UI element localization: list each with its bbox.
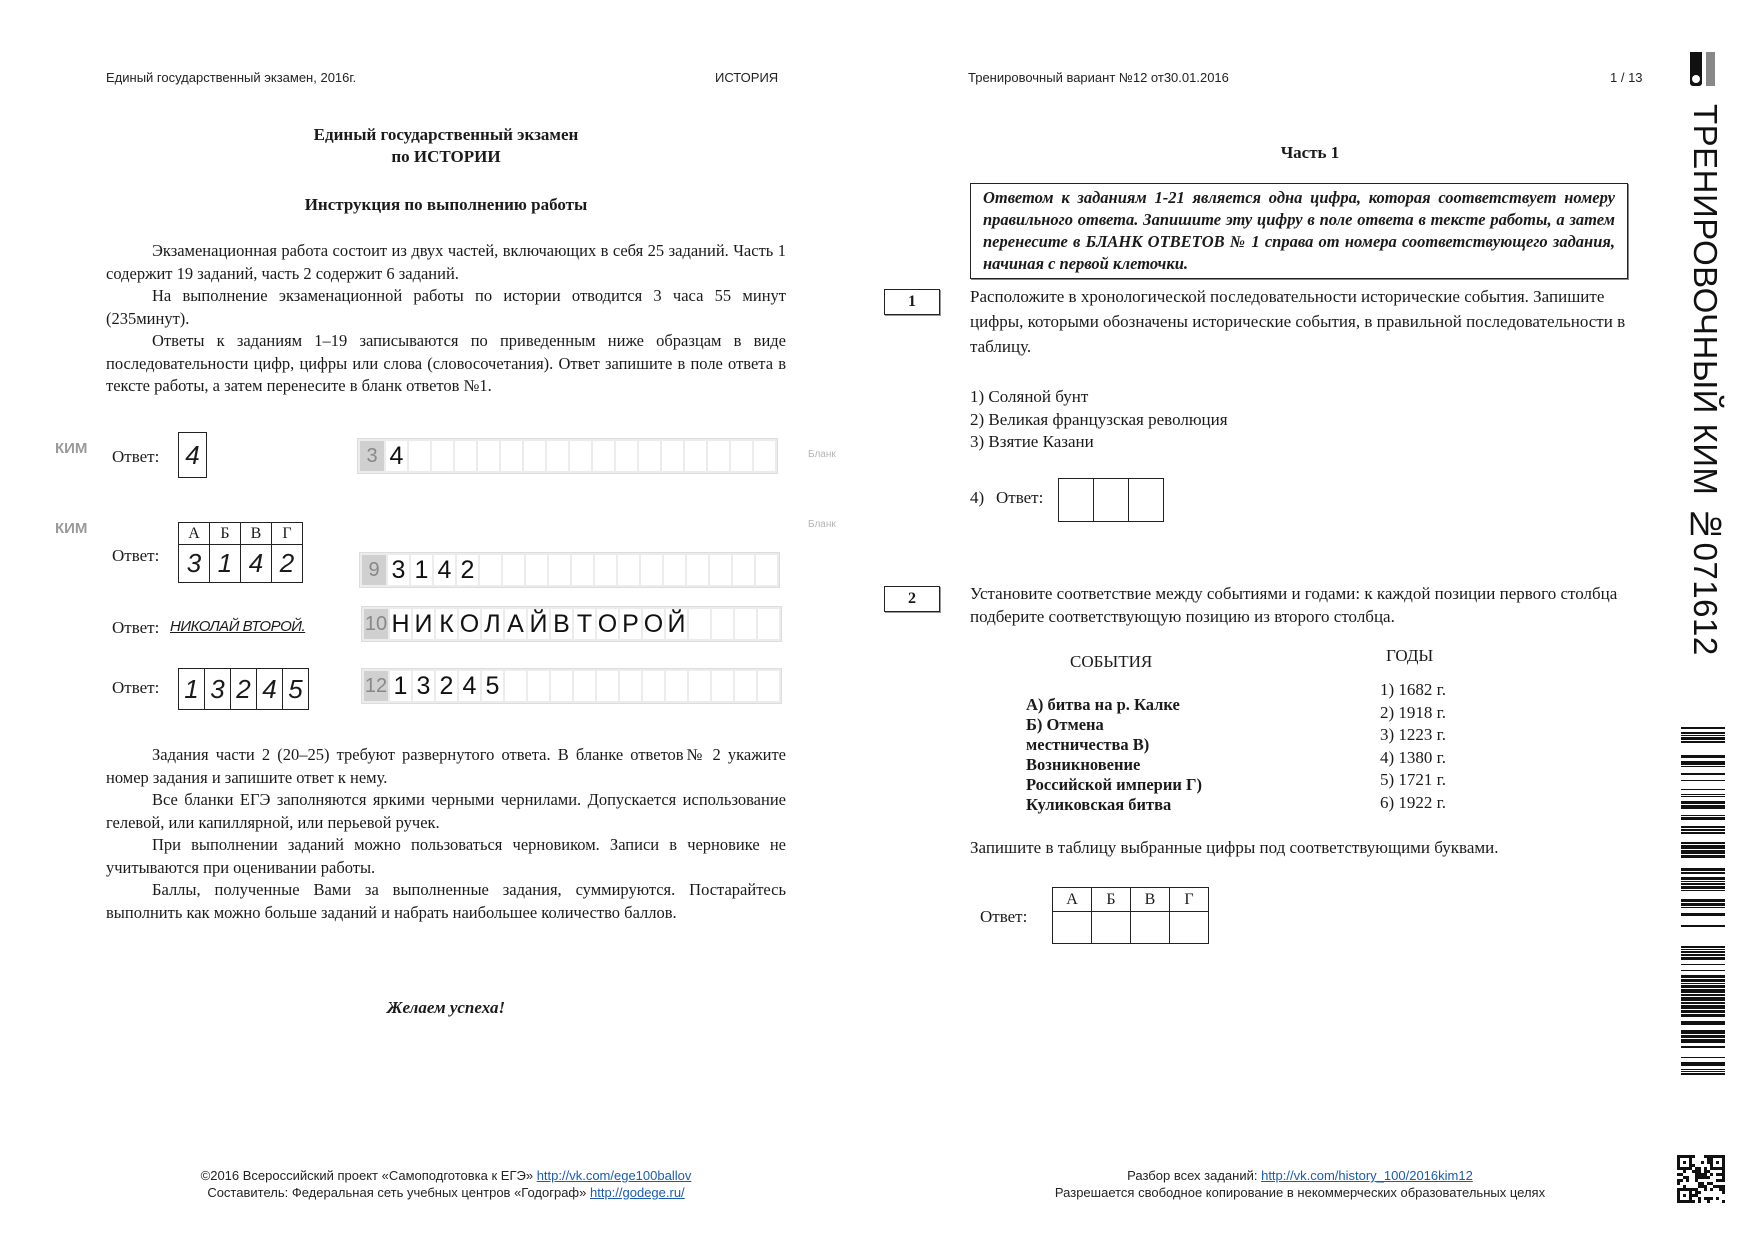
wish-text: Желаем успеха! <box>106 998 786 1018</box>
strip-cell: 4 <box>459 671 480 701</box>
strip-cell: В <box>551 609 572 639</box>
task1-options: 1) Соляной бунт 2) Великая французская р… <box>970 386 1228 454</box>
answer-digit: 2 <box>230 669 256 709</box>
example2-blank-strip: 93142 <box>359 552 780 588</box>
answer-cell[interactable] <box>1093 479 1128 521</box>
blank-label: Бланк <box>808 519 836 530</box>
answer-label: Ответ: <box>112 678 159 698</box>
marker-icon <box>1706 52 1715 86</box>
answer-digit: 4 <box>256 669 282 709</box>
instructions-title: Инструкция по выполнению работы <box>106 194 786 216</box>
answer-digit: 5 <box>282 669 308 709</box>
strip-cell: 2 <box>457 555 478 585</box>
part-title: Часть 1 <box>970 142 1650 164</box>
vertical-kim-title: ТРЕНИРОВОЧНЫЙ КИМ №071612 <box>1686 104 1724 656</box>
header-subject: ИСТОРИЯ <box>715 70 778 85</box>
example1-answer-box: 4 <box>178 432 207 478</box>
example3-blank-strip: 10НИКОЛАЙВТОРОЙ <box>361 606 782 642</box>
strip-cell: 3 <box>413 671 434 701</box>
strip-cell <box>689 671 710 701</box>
task-number-2: 2 <box>884 586 940 612</box>
strip-cell <box>593 441 614 471</box>
events-list: А) битва на р. Калке Б) Отмена местничес… <box>1026 695 1202 815</box>
instructions-top: Экзаменационная работа состоит из двух ч… <box>106 240 786 398</box>
answer-cell[interactable] <box>1053 912 1092 944</box>
task1-option: 1) Соляной бунт <box>970 386 1228 409</box>
qr-code-icon <box>1677 1155 1725 1203</box>
task2-answer-table: А Б В Г <box>1052 887 1209 944</box>
strip-cell <box>712 609 733 639</box>
task1-answer-prefix: 4) <box>970 488 984 508</box>
kim-label: КИМ <box>55 520 87 537</box>
exam-title: Единый государственный экзамен по ИСТОРИ… <box>106 124 786 168</box>
strip-cell: К <box>436 609 457 639</box>
answer-cell[interactable] <box>1092 912 1131 944</box>
strip-cell <box>480 555 501 585</box>
answer-cell[interactable] <box>1059 479 1093 521</box>
strip-cell <box>503 555 524 585</box>
strip-cell <box>685 441 706 471</box>
strip-cell <box>528 671 549 701</box>
instructions-bottom: Задания части 2 (20–25) требуют разверну… <box>106 744 786 924</box>
part1-notice: Ответом к заданиям 1-21 является одна ци… <box>970 183 1628 279</box>
strip-cell <box>597 671 618 701</box>
task2-answer-label: Ответ: <box>980 907 1027 927</box>
strip-cell: Л <box>482 609 503 639</box>
strip-task-number: 12 <box>364 671 388 701</box>
kim-label: КИМ <box>55 440 87 457</box>
marker-icon <box>1690 52 1702 86</box>
strip-cell: Т <box>574 609 595 639</box>
footer-link-godege[interactable]: http://godege.ru/ <box>590 1185 685 1200</box>
answer-label: Ответ: <box>112 546 159 566</box>
example4-blank-strip: 1213245 <box>361 668 782 704</box>
strip-cell <box>758 671 779 701</box>
strip-cell: 2 <box>436 671 457 701</box>
task2-text: Установите соответствие между событиями … <box>970 583 1660 628</box>
strip-cell <box>756 555 777 585</box>
strip-cell: 5 <box>482 671 503 701</box>
answer-cell[interactable] <box>1131 912 1170 944</box>
strip-cell <box>758 609 779 639</box>
footer-link-ege100[interactable]: http://vk.com/ege100ballov <box>537 1168 692 1183</box>
strip-cell <box>505 671 526 701</box>
strip-cell <box>549 555 570 585</box>
strip-cell: Й <box>528 609 549 639</box>
strip-cell <box>689 609 710 639</box>
strip-cell <box>455 441 476 471</box>
strip-cell: И <box>413 609 434 639</box>
strip-cell: А <box>505 609 526 639</box>
strip-cell <box>524 441 545 471</box>
strip-cell: 1 <box>411 555 432 585</box>
strip-cell <box>731 441 752 471</box>
strip-cell <box>501 441 522 471</box>
strip-cell <box>641 555 662 585</box>
strip-task-number: 9 <box>362 555 386 585</box>
strip-cell <box>595 555 616 585</box>
strip-cell: 1 <box>390 671 411 701</box>
strip-cell <box>409 441 430 471</box>
task1-option: 2) Великая французская революция <box>970 409 1228 432</box>
strip-cell <box>687 555 708 585</box>
task1-answer-label: Ответ: <box>996 488 1043 508</box>
strip-cell <box>551 671 572 701</box>
strip-cell <box>735 671 756 701</box>
strip-cell: 4 <box>386 441 407 471</box>
example4-answer-box: 13245 <box>178 668 309 710</box>
strip-task-number: 10 <box>364 609 388 639</box>
barcode-icon <box>1681 727 1725 1077</box>
strip-cell: Й <box>666 609 687 639</box>
answer-label: Ответ: <box>112 447 159 467</box>
strip-cell <box>643 671 664 701</box>
answer-digit: 1 <box>179 669 204 709</box>
strip-cell <box>572 555 593 585</box>
strip-task-number: 3 <box>360 441 384 471</box>
strip-cell <box>754 441 775 471</box>
strip-cell: О <box>597 609 618 639</box>
task-number-1: 1 <box>884 289 940 315</box>
task1-text: Расположите в хронологической последоват… <box>970 284 1640 359</box>
task1-option: 3) Взятие Казани <box>970 431 1228 454</box>
strip-cell <box>618 555 639 585</box>
strip-cell: О <box>459 609 480 639</box>
header-variant: Тренировочный вариант №12 от30.01.2016 <box>968 70 1229 85</box>
strip-cell <box>547 441 568 471</box>
strip-cell <box>478 441 499 471</box>
header-exam: Единый государственный экзамен, 2016г. <box>106 70 356 85</box>
answer-digit: 3 <box>204 669 230 709</box>
answer-label: Ответ: <box>112 618 159 638</box>
strip-cell <box>735 609 756 639</box>
strip-cell <box>639 441 660 471</box>
strip-cell: Н <box>390 609 411 639</box>
blank-label: Бланк <box>808 449 836 460</box>
strip-cell <box>708 441 729 471</box>
answer-cell[interactable] <box>1170 912 1209 944</box>
example1-blank-strip: 34 <box>357 438 778 474</box>
answer-cell[interactable] <box>1128 479 1163 521</box>
task2-instruction: Запишите в таблицу выбранные цифры под с… <box>970 835 1499 860</box>
strip-cell: 3 <box>388 555 409 585</box>
strip-cell: О <box>643 609 664 639</box>
strip-cell <box>733 555 754 585</box>
task1-answer-box <box>1058 478 1164 522</box>
footer-left: ©2016 Всероссийский проект «Самоподготов… <box>106 1167 786 1201</box>
strip-cell: 4 <box>434 555 455 585</box>
strip-cell: Р <box>620 609 641 639</box>
strip-cell <box>662 441 683 471</box>
strip-cell <box>526 555 547 585</box>
strip-cell <box>710 555 731 585</box>
strip-cell <box>616 441 637 471</box>
strip-cell <box>432 441 453 471</box>
example2-answer-table: А Б В Г 3 1 4 2 <box>178 522 303 583</box>
strip-cell <box>666 671 687 701</box>
example3-answer: НИКОЛАЙ ВТОРОЙ. <box>170 618 305 635</box>
strip-cell <box>570 441 591 471</box>
strip-cell <box>620 671 641 701</box>
footer-right: Разбор всех заданий: http://vk.com/histo… <box>1000 1167 1600 1201</box>
strip-cell <box>574 671 595 701</box>
years-list: 1) 1682 г. 2) 1918 г. 3) 1223 г. 4) 1380… <box>1380 679 1446 814</box>
years-header: ГОДЫ <box>1386 646 1433 666</box>
page-number: 1 / 13 <box>1610 70 1643 85</box>
events-header: СОБЫТИЯ <box>1070 652 1152 672</box>
strip-cell <box>712 671 733 701</box>
footer-link-history100[interactable]: http://vk.com/history_100/2016kim12 <box>1261 1168 1473 1183</box>
strip-cell <box>664 555 685 585</box>
